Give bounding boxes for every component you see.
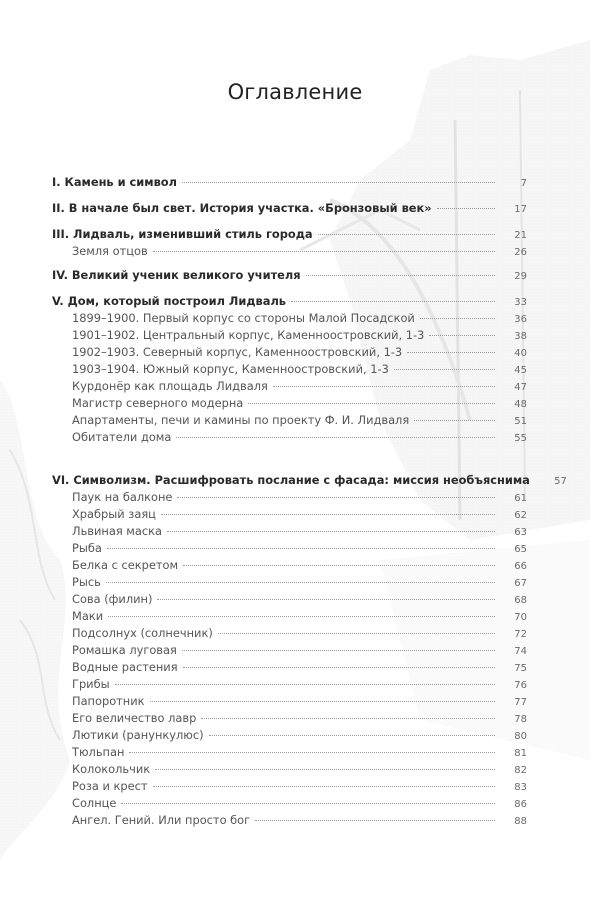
dot-leader [182, 182, 495, 183]
entry-title: Его величество лавр [52, 711, 196, 725]
page-number: 80 [501, 731, 527, 742]
entry-title: Ромашка луговая [52, 643, 177, 657]
dot-leader [183, 667, 495, 668]
dot-leader [394, 369, 495, 370]
page-number: 75 [501, 663, 527, 674]
page-number: 55 [501, 433, 527, 444]
toc-subsection-entry[interactable]: Маки70 [52, 609, 527, 627]
page-number: 74 [501, 646, 527, 657]
entry-title: Рысь [52, 575, 101, 589]
dot-leader [150, 701, 495, 702]
entry-title: III. Лидваль, изменивший стиль города [52, 227, 313, 241]
entry-title: Ангел. Гений. Или просто бог [52, 813, 250, 827]
toc-chapter-entry[interactable]: II. В начале был свет. История участка. … [52, 201, 527, 219]
dot-leader [218, 633, 495, 634]
page-number: 77 [501, 697, 527, 708]
entry-title: Земля отцов [52, 244, 148, 258]
toc-subsection-entry[interactable]: Тюльпан81 [52, 745, 527, 763]
page-number: 88 [501, 816, 527, 827]
toc-subsection-entry[interactable]: Магистр северного модерна48 [52, 396, 527, 414]
page-number: 62 [501, 510, 527, 521]
entry-title: Белка с секретом [52, 558, 178, 572]
entry-title: Подсолнух (солнечник) [52, 626, 213, 640]
dot-leader [177, 497, 495, 498]
dot-leader [183, 565, 495, 566]
toc-chapter-entry[interactable]: V. Дом, который построил Лидваль33 [52, 294, 527, 312]
dot-leader [157, 599, 495, 600]
toc-chapter-entry[interactable]: VI. Символизм. Расшифровать послание с ф… [52, 473, 527, 491]
entry-title: Обитатели дома [52, 430, 171, 444]
dot-leader [437, 208, 495, 209]
page-number: 33 [501, 297, 527, 308]
entry-title: Паук на балконе [52, 490, 172, 504]
page-number: 7 [501, 178, 527, 189]
dot-leader [121, 803, 495, 804]
entry-title: 1901–1902. Центральный корпус, Каменноос… [52, 328, 424, 342]
toc-subsection-entry[interactable]: Папоротник77 [52, 694, 527, 712]
page-number: 66 [501, 561, 527, 572]
toc-subsection-entry[interactable]: Водные растения75 [52, 660, 527, 678]
entry-title: Лютики (ранункулюс) [52, 728, 204, 742]
dot-leader [255, 820, 495, 821]
dot-leader [161, 514, 495, 515]
toc-subsection-entry[interactable]: Паук на балконе61 [52, 490, 527, 508]
entry-title: II. В начале был свет. История участка. … [52, 201, 432, 215]
toc-chapter-entry[interactable]: I. Камень и символ7 [52, 175, 527, 193]
toc-subsection-entry[interactable]: Храбрый заяц62 [52, 507, 527, 525]
toc-subsection-entry[interactable]: 1901–1902. Центральный корпус, Каменноос… [52, 328, 527, 346]
page-number: 81 [501, 748, 527, 759]
toc-page: Оглавление I. Камень и символ7II. В нача… [0, 0, 590, 900]
page-number: 21 [501, 230, 527, 241]
dot-leader [107, 548, 495, 549]
dot-leader [306, 275, 495, 276]
dot-leader [167, 531, 495, 532]
entry-title: IV. Великий ученик великого учителя [52, 268, 301, 282]
entry-title: Маки [52, 609, 103, 623]
toc-subsection-entry[interactable]: Рысь67 [52, 575, 527, 593]
entry-title: V. Дом, который построил Лидваль [52, 294, 286, 308]
page-number: 83 [501, 782, 527, 793]
toc-chapter-entry[interactable]: III. Лидваль, изменивший стиль города21 [52, 227, 527, 245]
dot-leader [155, 769, 495, 770]
entry-title: Папоротник [52, 694, 145, 708]
toc-subsection-entry[interactable]: Курдонёр как площадь Лидваля47 [52, 379, 527, 397]
entry-title: Солнце [52, 796, 116, 810]
toc-subsection-entry[interactable]: Апартаменты, печи и камины по проекту Ф.… [52, 413, 527, 431]
toc-subsection-entry[interactable]: Рыба65 [52, 541, 527, 559]
dot-leader [129, 752, 495, 753]
entry-title: 1902–1903. Северный корпус, Каменноостро… [52, 345, 402, 359]
dot-leader [153, 786, 495, 787]
toc-subsection-entry[interactable]: 1899–1900. Первый корпус со стороны Мало… [52, 311, 527, 329]
entry-title: Колокольчик [52, 762, 150, 776]
entry-title: Тюльпан [52, 745, 124, 759]
dot-leader [291, 301, 495, 302]
entry-title: VI. Символизм. Расшифровать послание с ф… [52, 473, 530, 487]
page-number: 78 [501, 714, 527, 725]
toc-subsection-entry[interactable]: Белка с секретом66 [52, 558, 527, 576]
toc-subsection-entry[interactable]: Львиная маска63 [52, 524, 527, 542]
entry-title: Роза и крест [52, 779, 148, 793]
entry-title: Магистр северного модерна [52, 396, 243, 410]
toc-subsection-entry[interactable]: Ромашка луговая74 [52, 643, 527, 661]
dot-leader [153, 251, 495, 252]
entry-title: Храбрый заяц [52, 507, 156, 521]
entry-title: Львиная маска [52, 524, 162, 538]
dot-leader [115, 684, 495, 685]
page-number: 47 [501, 382, 527, 393]
toc-subsection-entry[interactable]: Сова (филин)68 [52, 592, 527, 610]
dot-leader [106, 582, 495, 583]
entry-title: Рыба [52, 541, 102, 555]
page-number: 76 [501, 680, 527, 691]
page-number: 51 [501, 416, 527, 427]
toc-subsection-entry[interactable]: Обитатели дома55 [52, 430, 527, 448]
dot-leader [420, 318, 495, 319]
page-number: 17 [501, 204, 527, 215]
toc-subsection-entry[interactable]: Подсолнух (солнечник)72 [52, 626, 527, 644]
page-number: 68 [501, 595, 527, 606]
toc-subsection-entry[interactable]: Лютики (ранункулюс)80 [52, 728, 527, 746]
toc-chapter-entry[interactable]: IV. Великий ученик великого учителя29 [52, 268, 527, 286]
toc-subsection-entry[interactable]: Его величество лавр78 [52, 711, 527, 729]
page-number: 29 [501, 271, 527, 282]
page-number: 57 [541, 476, 567, 487]
entry-title: 1899–1900. Первый корпус со стороны Мало… [52, 311, 415, 325]
dot-leader [248, 403, 495, 404]
dot-leader [209, 735, 495, 736]
page-number: 45 [501, 365, 527, 376]
toc-subsection-entry[interactable]: Грибы76 [52, 677, 527, 695]
page-number: 36 [501, 314, 527, 325]
page-number: 70 [501, 612, 527, 623]
entry-title: Грибы [52, 677, 110, 691]
page-number: 72 [501, 629, 527, 640]
toc-subsection-entry[interactable]: Земля отцов26 [52, 244, 527, 262]
dot-leader [318, 234, 495, 235]
page-number: 86 [501, 799, 527, 810]
toc-subsection-entry[interactable]: 1902–1903. Северный корпус, Каменноостро… [52, 345, 527, 363]
page-number: 82 [501, 765, 527, 776]
dot-leader [201, 718, 495, 719]
dot-leader [273, 386, 495, 387]
entry-title: Водные растения [52, 660, 178, 674]
dot-leader [182, 650, 495, 651]
dot-leader [429, 335, 495, 336]
entry-title: Сова (филин) [52, 592, 152, 606]
page-number: 63 [501, 527, 527, 538]
page-title: Оглавление [0, 80, 590, 104]
entry-title: I. Камень и символ [52, 175, 177, 189]
entry-title: 1903–1904. Южный корпус, Каменноостровск… [52, 362, 389, 376]
page-number: 48 [501, 399, 527, 410]
toc-subsection-entry[interactable]: Солнце86 [52, 796, 527, 814]
page-number: 40 [501, 348, 527, 359]
page-number: 26 [501, 247, 527, 258]
page-number: 67 [501, 578, 527, 589]
entry-title: Апартаменты, печи и камины по проекту Ф.… [52, 413, 409, 427]
dot-leader [176, 437, 495, 438]
toc-subsection-entry[interactable]: 1903–1904. Южный корпус, Каменноостровск… [52, 362, 527, 380]
page-number: 65 [501, 544, 527, 555]
toc-subsection-entry[interactable]: Роза и крест83 [52, 779, 527, 797]
toc-subsection-entry[interactable]: Ангел. Гений. Или просто бог88 [52, 813, 527, 831]
page-number: 61 [501, 493, 527, 504]
toc-subsection-entry[interactable]: Колокольчик82 [52, 762, 527, 780]
dot-leader [414, 420, 495, 421]
entry-title: Курдонёр как площадь Лидваля [52, 379, 268, 393]
dot-leader [108, 616, 495, 617]
page-number: 38 [501, 331, 527, 342]
dot-leader [407, 352, 495, 353]
